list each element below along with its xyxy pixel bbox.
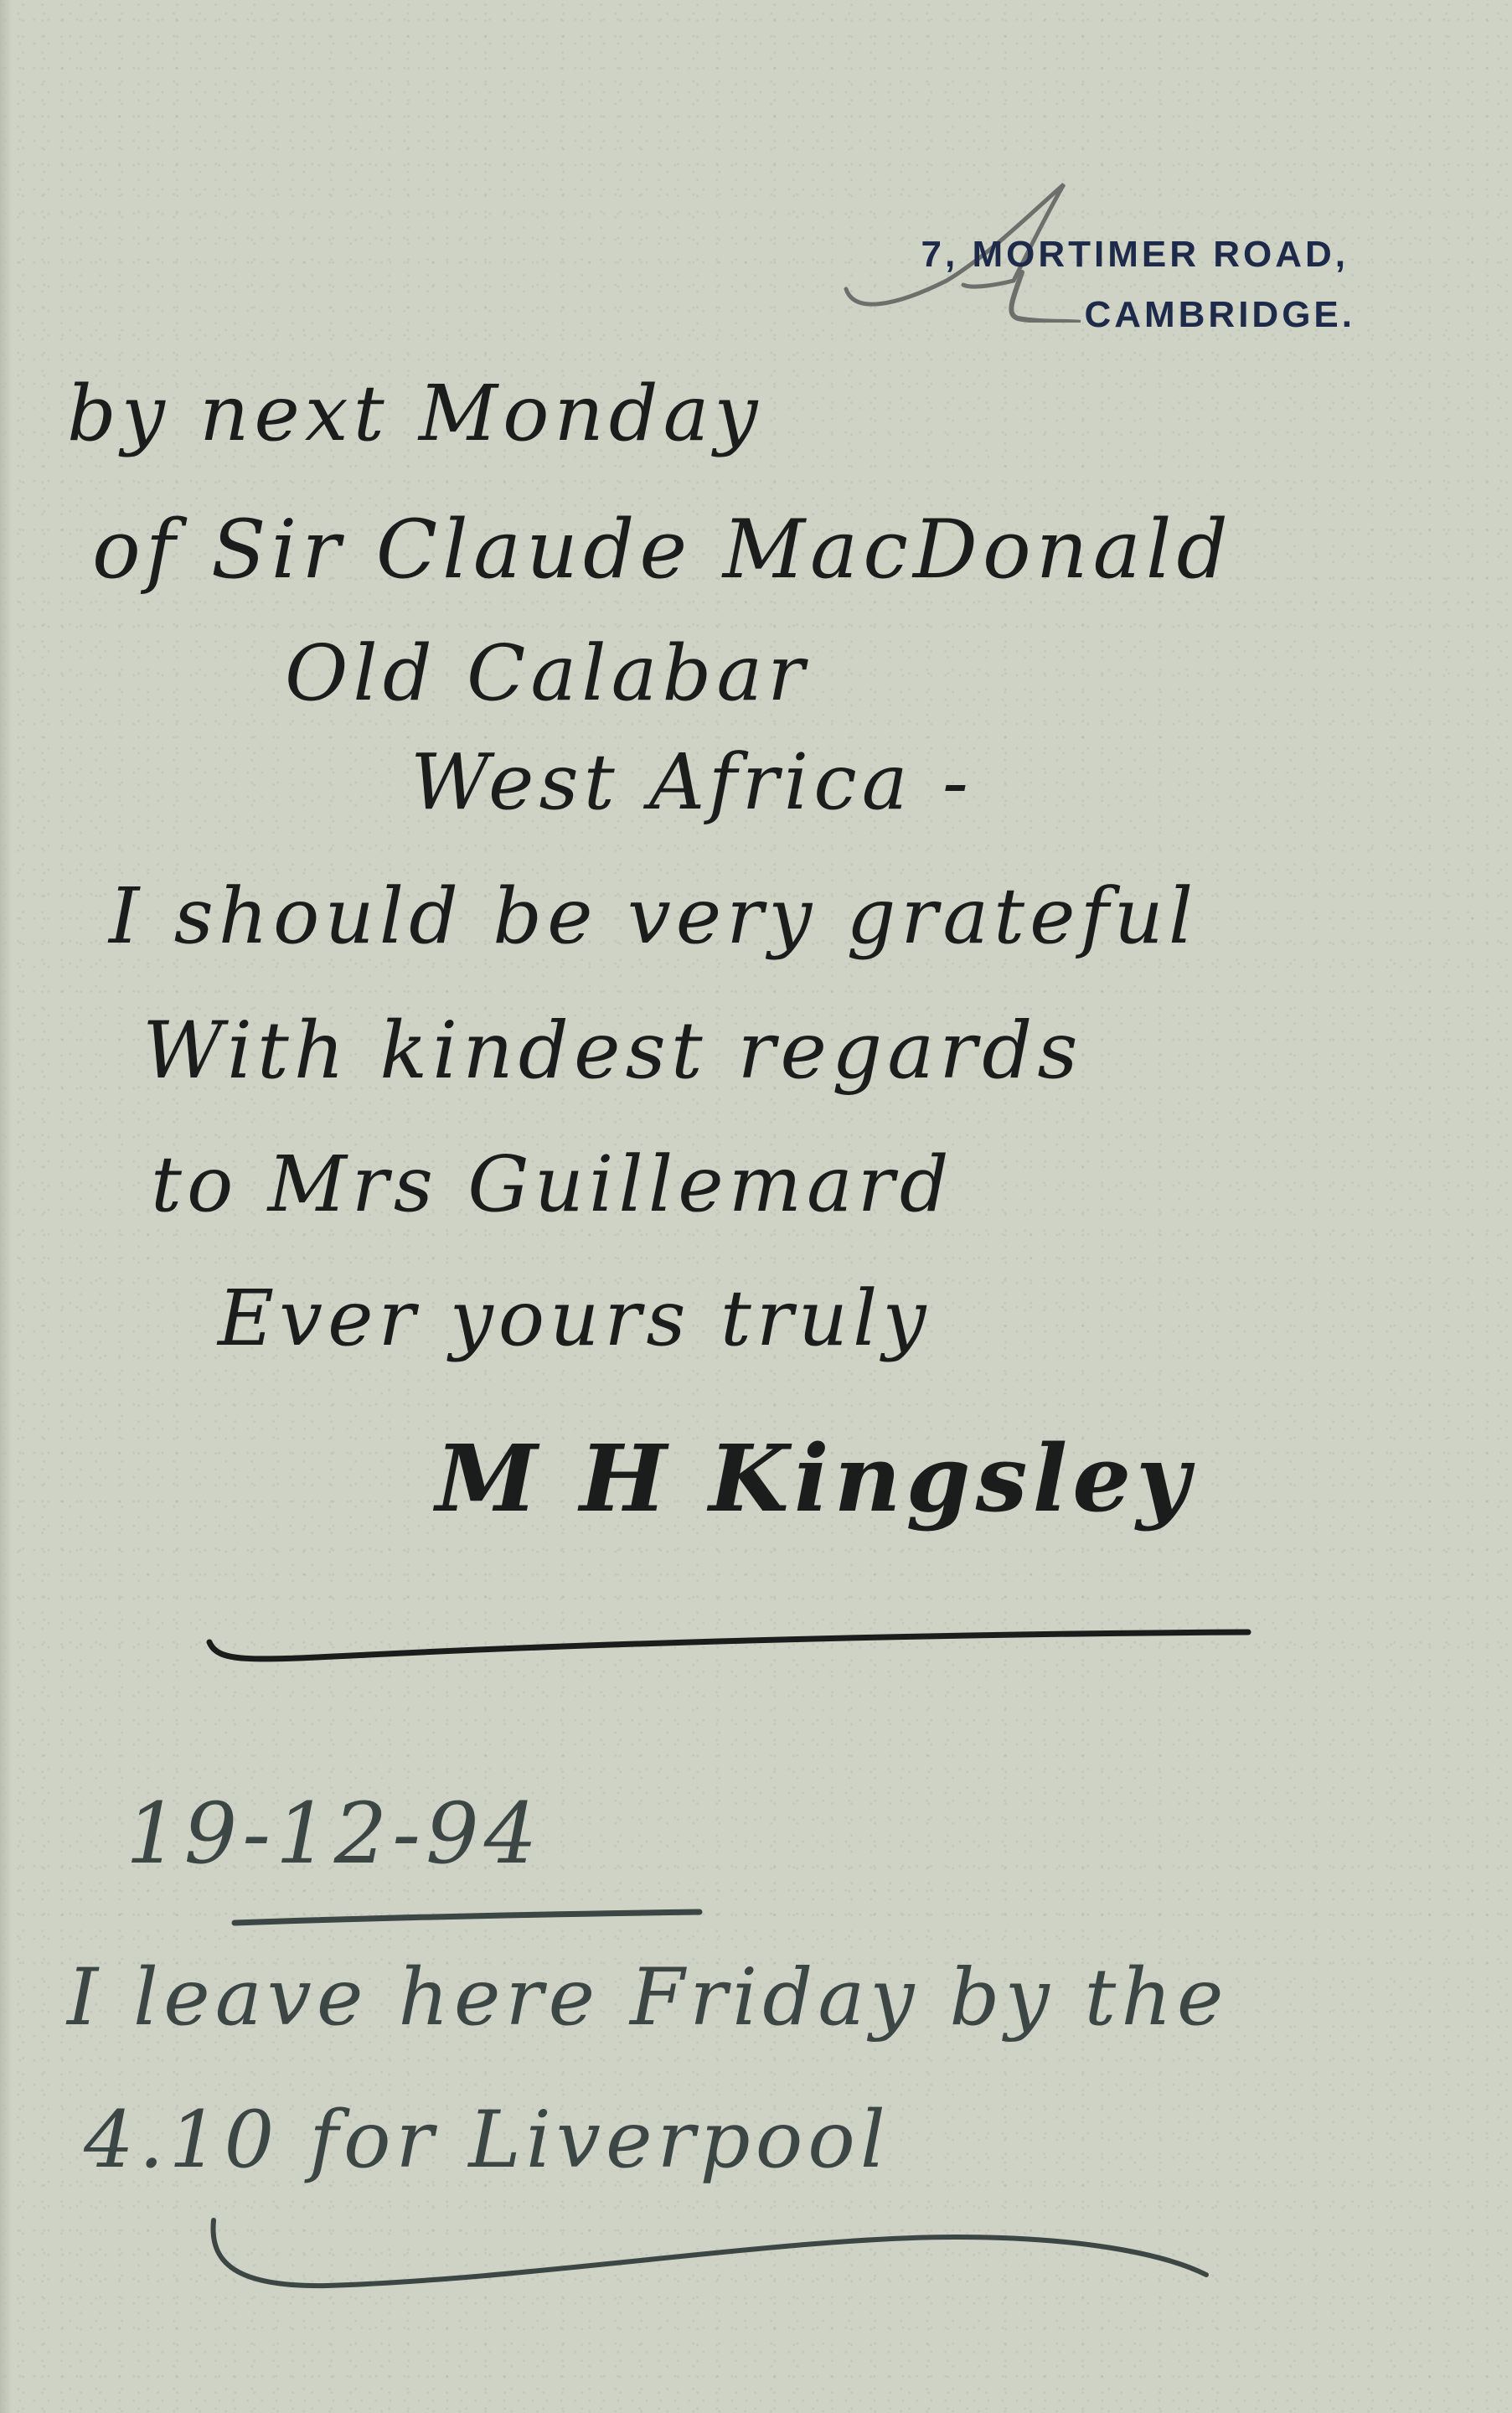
letter-line-7: to Mrs Guillemard <box>151 1139 954 1229</box>
postscript-underline <box>201 2212 1223 2304</box>
postscript-date: 19-12-94 <box>126 1785 542 1883</box>
letter-line-3: Old Calabar <box>285 628 809 718</box>
letterhead-city: CAMBRIDGE. <box>921 285 1355 345</box>
signature-underline <box>201 1609 1290 1667</box>
letter-line-5: I should be very grateful <box>109 871 1198 961</box>
letter-line-2: of Sir Claude MacDonald <box>92 503 1233 597</box>
letter-line-6: With kindest regards <box>142 1005 1083 1097</box>
letter-line-8: Ever yours truly <box>218 1274 931 1363</box>
signature: M H Kingsley <box>436 1424 1195 1532</box>
letterhead: 7, MORTIMER ROAD, CAMBRIDGE. <box>921 225 1349 345</box>
letterhead-address: 7, MORTIMER ROAD, <box>921 225 1349 285</box>
postscript-line-1: I leave here Friday by the <box>67 1952 1229 2044</box>
letter-line-4: West Africa - <box>410 737 973 827</box>
letter-line-1: by next Monday <box>67 369 762 458</box>
date-underline <box>226 1902 712 1935</box>
paper-edge <box>0 0 12 2413</box>
postscript-line-2: 4.10 for Liverpool <box>84 2095 890 2186</box>
